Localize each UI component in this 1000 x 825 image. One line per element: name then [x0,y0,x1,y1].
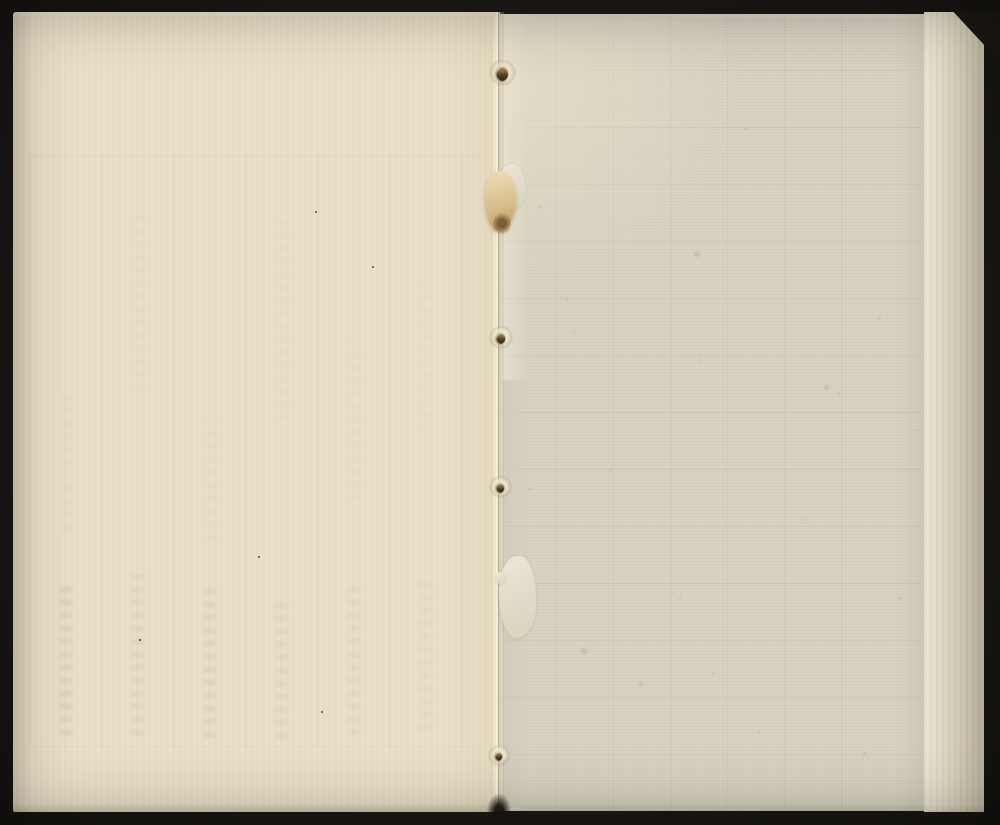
fore-edge-leaves [924,12,984,812]
gutter-shadow [503,380,529,808]
left-page [13,12,500,812]
right-page [500,14,924,811]
book-photo [0,0,1000,825]
gutter-bottom-notch [487,794,511,814]
ruled-columns-showthrough [30,155,479,747]
